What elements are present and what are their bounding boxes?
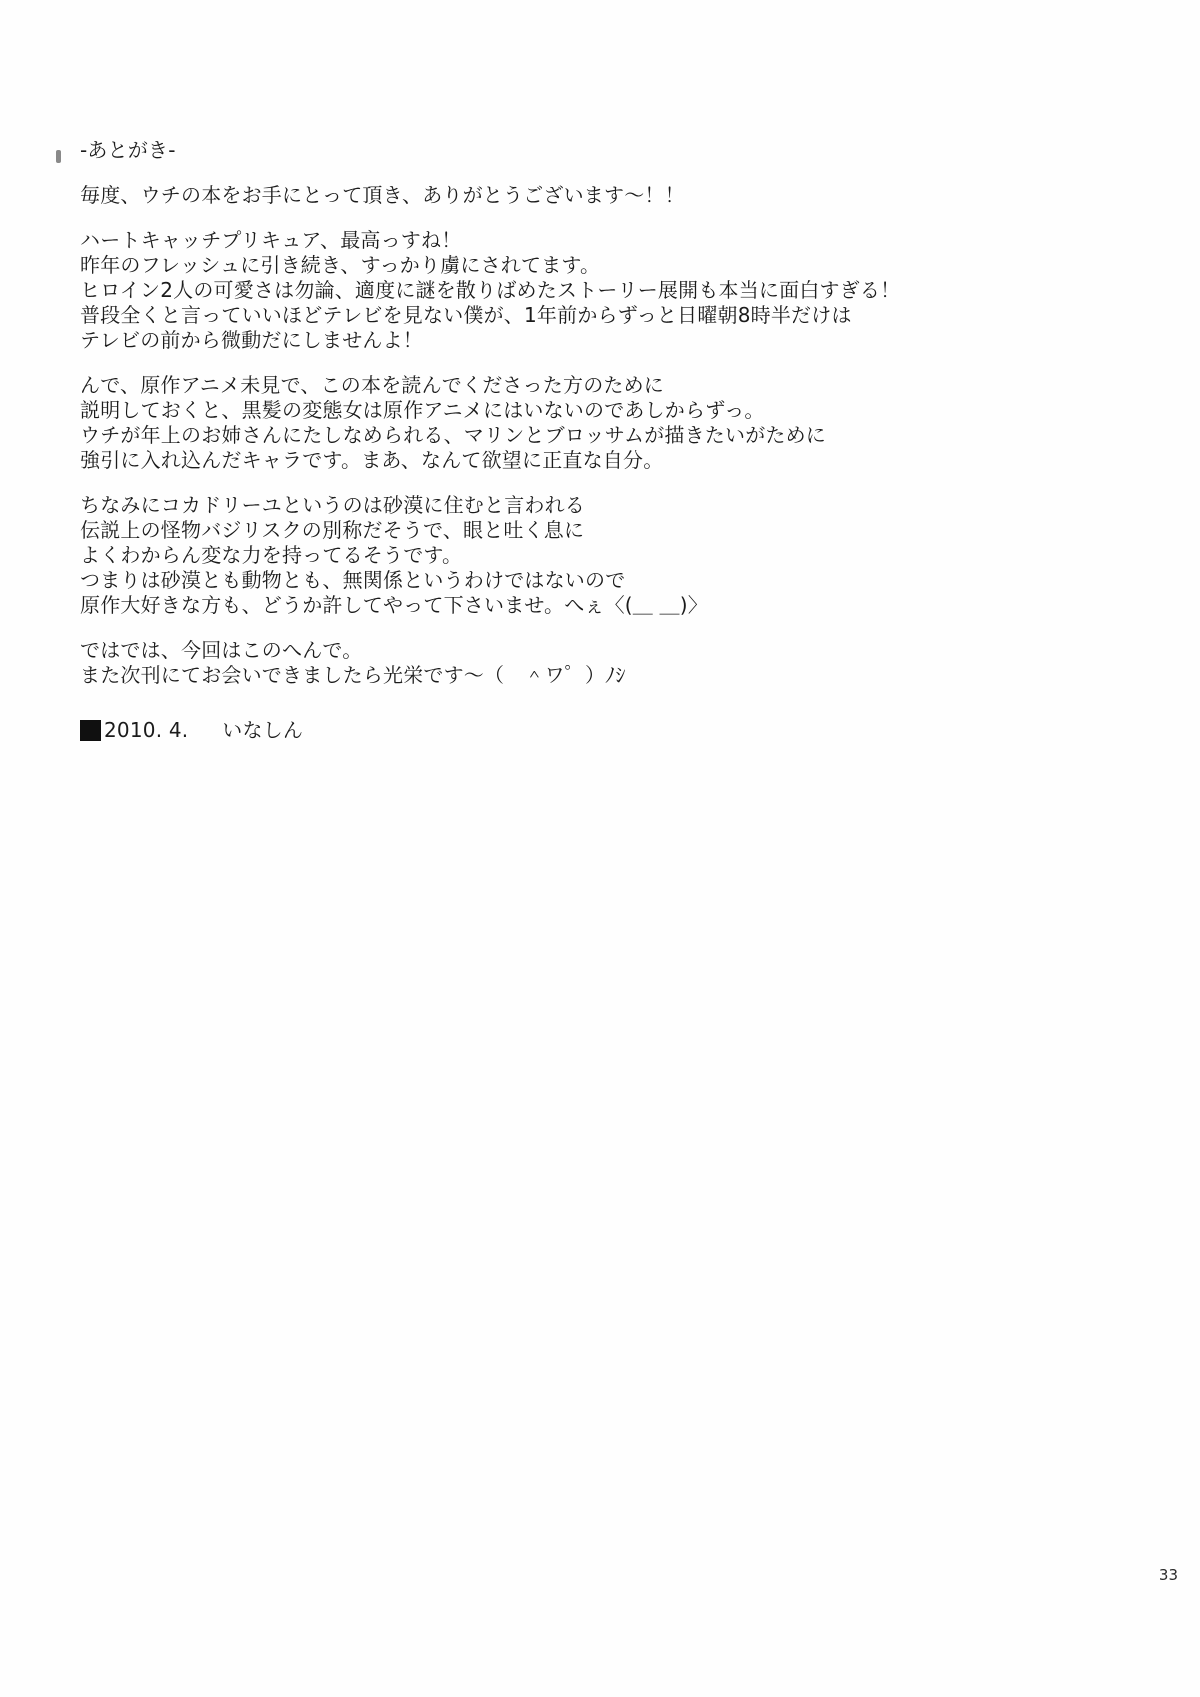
- paragraph-explanation: んで、原作アニメ未見で、この本を読んでくださった方のために 説明しておくと、黒髪…: [80, 373, 1140, 473]
- text-line: 説明しておくと、黒髪の変態女は原作アニメにはいないのであしからずっ。: [80, 398, 1140, 423]
- page-title: -あとがき-: [80, 138, 1140, 163]
- text-line: ヒロイン2人の可愛さは勿論、適度に謎を散りばめたストーリー展開も本当に面白すぎる…: [80, 278, 1140, 303]
- signature-date: 2010. 4.: [104, 718, 188, 743]
- text-line: ちなみにコカドリーユというのは砂漠に住むと言われる: [80, 493, 1140, 518]
- page-number: 33: [1159, 1566, 1178, 1584]
- text-line: ウチが年上のお姉さんにたしなめられる、マリンとブロッサムが描きたいがために: [80, 423, 1140, 448]
- text-line: ハートキャッチプリキュア、最高っすね！: [80, 228, 1140, 253]
- paragraph-thanks: 毎度、ウチの本をお手にとって頂き、ありがとうございます～！！: [80, 183, 1140, 208]
- text-line: 強引に入れ込んだキャラです。まあ、なんて欲望に正直な自分。: [80, 448, 1140, 473]
- text-line: テレビの前から微動だにしませんよ！: [80, 328, 1140, 353]
- afterword-text-block: -あとがき- 毎度、ウチの本をお手にとって頂き、ありがとうございます～！！ ハー…: [80, 138, 1140, 743]
- text-line: 伝説上の怪物バジリスクの別称だそうで、眼と吐く息に: [80, 518, 1140, 543]
- text-line: また次刊にてお会いできましたら光栄です～（ ＾ワ゜）ﾉｼ: [80, 663, 1140, 688]
- text-line: ではでは、今回はこのへんで。: [80, 638, 1140, 663]
- paragraph-farewell: ではでは、今回はこのへんで。 また次刊にてお会いできましたら光栄です～（ ＾ワ゜…: [80, 638, 1140, 688]
- signature-line: 2010. 4. いなしん: [80, 718, 1140, 743]
- text-line: 毎度、ウチの本をお手にとって頂き、ありがとうございます～！！: [80, 183, 1140, 208]
- paragraph-cocadrille: ちなみにコカドリーユというのは砂漠に住むと言われる 伝説上の怪物バジリスクの別称…: [80, 493, 1140, 618]
- text-line: 原作大好きな方も、どうか許してやって下さいませ。へぇ〈(＿ ＿)〉: [80, 593, 1140, 618]
- text-line: 昨年のフレッシュに引き続き、すっかり虜にされてます。: [80, 253, 1140, 278]
- scanned-afterword-page: -あとがき- 毎度、ウチの本をお手にとって頂き、ありがとうございます～！！ ハー…: [0, 0, 1200, 1697]
- text-line: つまりは砂漠とも動物とも、無関係というわけではないので: [80, 568, 1140, 593]
- scan-artifact: [56, 150, 61, 163]
- text-line: 普段全くと言っていいほどテレビを見ない僕が、1年前からずっと日曜朝8時半だけは: [80, 303, 1140, 328]
- signature-author-name: いなしん: [222, 718, 303, 743]
- black-square-icon: [80, 720, 101, 741]
- text-line: んで、原作アニメ未見で、この本を読んでくださった方のために: [80, 373, 1140, 398]
- paragraph-precure: ハートキャッチプリキュア、最高っすね！ 昨年のフレッシュに引き続き、すっかり虜に…: [80, 228, 1140, 353]
- text-line: よくわからん変な力を持ってるそうです。: [80, 543, 1140, 568]
